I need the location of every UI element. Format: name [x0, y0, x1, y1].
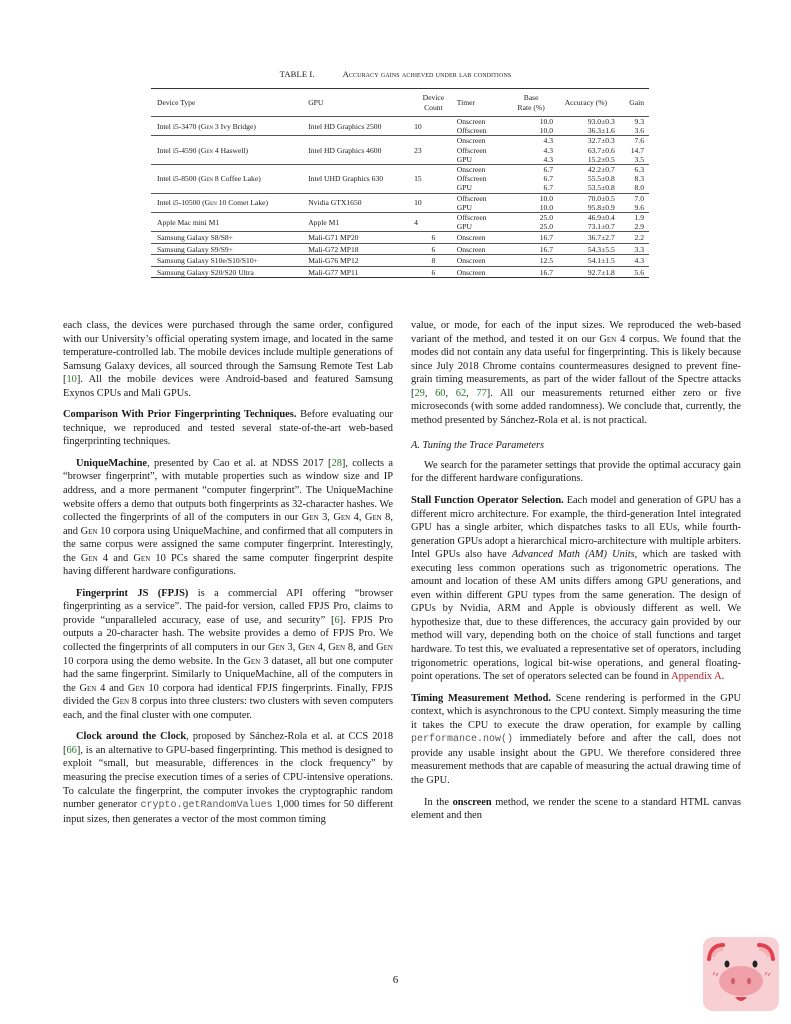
cell-base-rate: 4.3 — [507, 155, 555, 165]
paragraph-timing: Timing Measurement Method. Scene renderi… — [411, 692, 741, 788]
cell-accuracy: 42.2±0.7 — [555, 165, 617, 175]
header-accuracy: Accuracy (%) — [555, 89, 617, 117]
cell-gain: 9.3 — [617, 117, 649, 127]
cell-gpu: Intel HD Graphics 2500 — [306, 117, 412, 136]
table-row: Intel i5-3470 (Gen 3 Ivy Bridge)Intel HD… — [151, 117, 649, 127]
header-device-type: Device Type — [151, 89, 306, 117]
cell-device-count: 10 — [412, 117, 455, 136]
cell-base-rate: 6.7 — [507, 174, 555, 183]
left-column: each class, the devices were purchased t… — [63, 319, 393, 826]
header-timer: Timer — [455, 89, 508, 117]
cell-timer: Offscreen — [455, 193, 508, 203]
cell-device-count: 15 — [412, 165, 455, 194]
accuracy-table: Device Type GPU DeviceCount Timer BaseRa… — [151, 88, 649, 278]
cell-accuracy: 36.3±1.6 — [555, 126, 617, 136]
cell-device-type: Intel i5-10500 (Gen 10 Comet Lake) — [151, 193, 306, 212]
cell-device-type: Intel i5-4590 (Gen 4 Haswell) — [151, 136, 306, 165]
cell-timer: Onscreen — [455, 117, 508, 127]
table-row: Intel i5-4590 (Gen 4 Haswell)Intel HD Gr… — [151, 136, 649, 146]
table-row: Intel i5-8500 (Gen 8 Coffee Lake)Intel U… — [151, 165, 649, 175]
cell-accuracy: 92.7±1.8 — [555, 266, 617, 278]
cell-accuracy: 93.0±0.3 — [555, 117, 617, 127]
cell-device-type: Samsung Galaxy S20/S20 Ultra — [151, 266, 306, 278]
cell-timer: Onscreen — [455, 255, 508, 267]
cell-device-count: 6 — [412, 232, 455, 244]
cell-accuracy: 95.8±0.9 — [555, 203, 617, 213]
code-snippet: crypto.getRandomValues — [141, 800, 273, 811]
cell-timer: Onscreen — [455, 165, 508, 175]
cell-accuracy: 63.7±0.6 — [555, 146, 617, 155]
citation-link[interactable]: 10 — [66, 374, 76, 385]
header-gpu: GPU — [306, 89, 412, 117]
cell-gain: 2.9 — [617, 222, 649, 232]
cell-device-type: Intel i5-3470 (Gen 3 Ivy Bridge) — [151, 117, 306, 136]
cell-timer: Onscreen — [455, 266, 508, 278]
cell-device-type: Apple Mac mini M1 — [151, 213, 306, 232]
paragraph-clock-cont: value, or mode, for each of the input si… — [411, 319, 741, 427]
cell-device-count: 23 — [412, 136, 455, 165]
citation-link[interactable]: 77 — [476, 388, 486, 399]
cell-device-type: Samsung Galaxy S8/S8+ — [151, 232, 306, 244]
cell-gpu: Intel HD Graphics 4600 — [306, 136, 412, 165]
cell-timer: GPU — [455, 155, 508, 165]
cell-device-type: Intel i5-8500 (Gen 8 Coffee Lake) — [151, 165, 306, 194]
table-body: Intel i5-3470 (Gen 3 Ivy Bridge)Intel HD… — [151, 117, 649, 278]
header-device-count: DeviceCount — [412, 89, 455, 117]
table-row: Samsung Galaxy S9/S9+Mali-G72 MP186Onscr… — [151, 243, 649, 255]
cell-base-rate: 12.5 — [507, 255, 555, 267]
header-gain: Gain — [617, 89, 649, 117]
citation-link[interactable]: 62 — [456, 388, 466, 399]
cell-accuracy: 54.3±5.5 — [555, 243, 617, 255]
paragraph-tuning: We search for the parameter settings tha… — [411, 459, 741, 486]
cell-accuracy: 53.5±0.8 — [555, 183, 617, 193]
code-snippet: performance.now() — [411, 734, 513, 745]
cell-gain: 8.3 — [617, 174, 649, 183]
cell-gain: 6.3 — [617, 165, 649, 175]
right-column: value, or mode, for each of the input si… — [411, 319, 741, 823]
cell-base-rate: 10.0 — [507, 203, 555, 213]
cell-accuracy: 46.9±0.4 — [555, 213, 617, 223]
citation-link[interactable]: 28 — [332, 458, 342, 469]
paragraph-onscreen: In the onscreen method, we render the sc… — [411, 796, 741, 823]
cell-base-rate: 4.3 — [507, 136, 555, 146]
cell-gain: 3.3 — [617, 243, 649, 255]
cell-gpu: Nvidia GTX1650 — [306, 193, 412, 212]
cell-device-count: 6 — [412, 266, 455, 278]
cell-gain: 3.5 — [617, 155, 649, 165]
cell-timer: Onscreen — [455, 243, 508, 255]
cell-gpu: Intel UHD Graphics 630 — [306, 165, 412, 194]
cell-timer: Onscreen — [455, 136, 508, 146]
cell-base-rate: 16.7 — [507, 243, 555, 255]
table-row: Samsung Galaxy S10e/S10/S10+Mali-G76 MP1… — [151, 255, 649, 267]
cell-base-rate: 10.0 — [507, 117, 555, 127]
table-caption: TABLE I.Accuracy gains achieved under la… — [0, 69, 791, 79]
cell-base-rate: 4.3 — [507, 146, 555, 155]
cell-base-rate: 10.0 — [507, 126, 555, 136]
paragraph-stall-function: Stall Function Operator Selection. Each … — [411, 494, 741, 684]
pig-face-icon[interactable] — [703, 937, 779, 1011]
table-row: Intel i5-10500 (Gen 10 Comet Lake)Nvidia… — [151, 193, 649, 203]
cell-gain: 1.9 — [617, 213, 649, 223]
cell-device-count: 4 — [412, 213, 455, 232]
cell-gain: 4.3 — [617, 255, 649, 267]
subsection-heading: A. Tuning the Trace Parameters — [411, 439, 741, 453]
cell-base-rate: 25.0 — [507, 213, 555, 223]
cell-gpu: Mali-G71 MP20 — [306, 232, 412, 244]
paragraph-uniquemachine: UniqueMachine, presented by Cao et al. a… — [63, 457, 393, 579]
cell-timer: GPU — [455, 203, 508, 213]
cell-timer: Offscreen — [455, 174, 508, 183]
table-row: Apple Mac mini M1Apple M14Offscreen25.04… — [151, 213, 649, 223]
appendix-link[interactable]: Appendix A — [671, 671, 722, 682]
table-row: Samsung Galaxy S20/S20 UltraMali-G77 MP1… — [151, 266, 649, 278]
header-base-rate: BaseRate (%) — [507, 89, 555, 117]
cell-gain: 14.7 — [617, 146, 649, 155]
page-number: 6 — [0, 974, 791, 986]
cell-gain: 7.0 — [617, 193, 649, 203]
cell-gain: 7.6 — [617, 136, 649, 146]
cell-accuracy: 54.1±1.5 — [555, 255, 617, 267]
cell-accuracy: 32.7±0.3 — [555, 136, 617, 146]
cell-gpu: Apple M1 — [306, 213, 412, 232]
cell-accuracy: 70.0±0.5 — [555, 193, 617, 203]
cell-timer: GPU — [455, 222, 508, 232]
table-title: Accuracy gains achieved under lab condit… — [343, 69, 512, 79]
cell-accuracy: 55.5±0.8 — [555, 174, 617, 183]
paragraph-devices: each class, the devices were purchased t… — [63, 319, 393, 400]
cell-gain: 3.6 — [617, 126, 649, 136]
cell-accuracy: 36.7±2.7 — [555, 232, 617, 244]
cell-device-count: 8 — [412, 255, 455, 267]
cell-gpu: Mali-G76 MP12 — [306, 255, 412, 267]
table-label: TABLE I. — [280, 69, 315, 79]
cell-timer: GPU — [455, 183, 508, 193]
paragraph-heading: Comparison With Prior Fingerprinting Tec… — [63, 409, 296, 420]
cell-base-rate: 25.0 — [507, 222, 555, 232]
cell-gpu: Mali-G72 MP18 — [306, 243, 412, 255]
cell-base-rate: 10.0 — [507, 193, 555, 203]
cell-base-rate: 16.7 — [507, 266, 555, 278]
cell-timer: Offscreen — [455, 146, 508, 155]
cell-accuracy: 73.1±0.7 — [555, 222, 617, 232]
paragraph-clock: Clock around the Clock, proposed by Sánc… — [63, 730, 393, 826]
cell-base-rate: 6.7 — [507, 183, 555, 193]
table-row: Samsung Galaxy S8/S8+Mali-G71 MP206Onscr… — [151, 232, 649, 244]
citation-link[interactable]: 66 — [66, 745, 76, 756]
cell-timer: Offscreen — [455, 126, 508, 136]
citation-link[interactable]: 60 — [435, 388, 445, 399]
paragraph-fpjs: Fingerprint JS (FPJS) is a commercial AP… — [63, 587, 393, 722]
paragraph-comparison: Comparison With Prior Fingerprinting Tec… — [63, 408, 393, 449]
cell-base-rate: 6.7 — [507, 165, 555, 175]
citation-link[interactable]: 29 — [414, 388, 424, 399]
cell-gpu: Mali-G77 MP11 — [306, 266, 412, 278]
cell-gain: 9.6 — [617, 203, 649, 213]
cell-device-count: 6 — [412, 243, 455, 255]
cell-timer: Offscreen — [455, 213, 508, 223]
cell-gain: 2.2 — [617, 232, 649, 244]
cell-base-rate: 16.7 — [507, 232, 555, 244]
cell-device-count: 10 — [412, 193, 455, 212]
cell-gain: 8.0 — [617, 183, 649, 193]
cell-gain: 5.6 — [617, 266, 649, 278]
cell-device-type: Samsung Galaxy S10e/S10/S10+ — [151, 255, 306, 267]
cell-timer: Onscreen — [455, 232, 508, 244]
table-header-row: Device Type GPU DeviceCount Timer BaseRa… — [151, 89, 649, 117]
cell-accuracy: 15.2±0.5 — [555, 155, 617, 165]
cell-device-type: Samsung Galaxy S9/S9+ — [151, 243, 306, 255]
